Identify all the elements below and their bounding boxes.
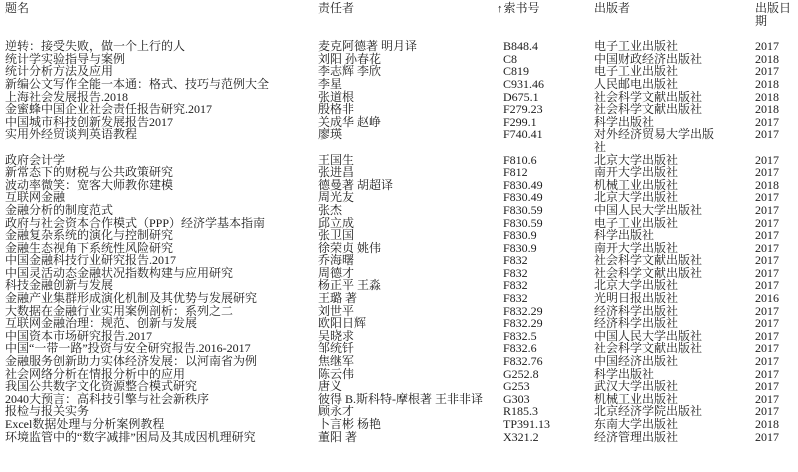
cell-call-number: B848.4 bbox=[497, 40, 594, 53]
cell-author: 麦克阿德著 明月译 bbox=[318, 40, 497, 53]
cell-pub-date: 2017 bbox=[755, 355, 798, 368]
column-header-author[interactable]: 责任者 bbox=[318, 2, 497, 15]
cell-title: 金融复杂系统的演化与控制研究 bbox=[5, 229, 318, 242]
table-row: 中国金融科技行业研究报告.2017乔海曙F832社会科学文献出版社2017 bbox=[5, 254, 798, 267]
table-row: 实用外经贸谈判英语教程廖瑛F740.41对外经济贸易大学出版社2017 bbox=[5, 128, 798, 153]
cell-author: 李星 bbox=[318, 78, 497, 91]
cell-call-number: TP391.13 bbox=[497, 418, 594, 431]
table-row: 金融服务创新助力实体经济发展：以河南省为例焦继军F832.76中国经济出版社20… bbox=[5, 355, 798, 368]
cell-author: 唐义 bbox=[318, 380, 497, 393]
cell-publisher: 光明日报出版社 bbox=[594, 292, 755, 305]
cell-pub-date: 2018 bbox=[755, 78, 798, 91]
table-row: 中国灵活动态金融状况指数构建与应用研究周德才F832社会科学文献出版社2017 bbox=[5, 267, 798, 280]
cell-publisher: 人民邮电出版社 bbox=[594, 78, 755, 91]
cell-title: 金蜜蜂中国企业社会责任报告研究.2017 bbox=[5, 103, 318, 116]
table-header-row: 题名 责任者 ↑索书号 出版者 出版日期 bbox=[5, 2, 798, 27]
cell-author: 欧阳日辉 bbox=[318, 317, 497, 330]
cell-author: 焦继军 bbox=[318, 355, 497, 368]
cell-call-number: F830.9 bbox=[497, 229, 594, 242]
cell-pub-date: 2017 bbox=[755, 40, 798, 53]
cell-call-number: X321.2 bbox=[497, 431, 594, 444]
table-row: 互联网金融治理：规范、创新与发展欧阳日辉F832.29经济科学出版社2017 bbox=[5, 317, 798, 330]
cell-author: 李志辉 李欣 bbox=[318, 65, 497, 78]
column-header-call-number-label: 索书号 bbox=[504, 1, 540, 15]
cell-author: 张卫国 bbox=[318, 229, 497, 242]
cell-call-number: F832 bbox=[497, 254, 594, 267]
cell-call-number: F740.41 bbox=[497, 128, 594, 141]
table-row: 金蜜蜂中国企业社会责任报告研究.2017殷格非F279.23社会科学文献出版社2… bbox=[5, 103, 798, 116]
cell-call-number: F832 bbox=[497, 292, 594, 305]
table-row: Excel数据处理与分析案例教程卜言彬 杨艳TP391.13东南大学出版社201… bbox=[5, 418, 798, 431]
table-row: 新常态下的财税与公共政策研究张进昌F812南开大学出版社2017 bbox=[5, 166, 798, 179]
cell-call-number: G253 bbox=[497, 380, 594, 393]
sort-ascending-icon: ↑ bbox=[497, 3, 503, 16]
catalog-results-table: 题名 责任者 ↑索书号 出版者 出版日期 逆转：接受失败，做一个上行的人麦克阿德… bbox=[0, 0, 798, 443]
column-header-call-number[interactable]: ↑索书号 bbox=[497, 2, 594, 16]
cell-publisher: 中国经济出版社 bbox=[594, 355, 755, 368]
cell-publisher: 社会科学文献出版社 bbox=[594, 103, 755, 116]
cell-call-number: C931.46 bbox=[497, 78, 594, 91]
table-row: 波动率微笑：宽客大师教你建模德曼著 胡超译F830.49机械工业出版社2018 bbox=[5, 179, 798, 192]
cell-publisher: 电子工业出版社 bbox=[594, 40, 755, 53]
cell-pub-date: 2017 bbox=[755, 166, 798, 179]
cell-title: Excel数据处理与分析案例教程 bbox=[5, 418, 318, 431]
cell-author: 殷格非 bbox=[318, 103, 497, 116]
cell-title: 逆转：接受失败，做一个上行的人 bbox=[5, 40, 318, 53]
cell-call-number: F812 bbox=[497, 166, 594, 179]
column-header-pub-date[interactable]: 出版日期 bbox=[755, 2, 798, 27]
cell-author: 陈云伟 bbox=[318, 368, 497, 381]
cell-author: 廖瑛 bbox=[318, 128, 497, 141]
cell-publisher: 经济科学出版社 bbox=[594, 317, 755, 330]
cell-publisher: 东南大学出版社 bbox=[594, 418, 755, 431]
cell-title: 我国公共数字文化资源整合模式研究 bbox=[5, 380, 318, 393]
cell-pub-date: 2018 bbox=[755, 418, 798, 431]
cell-publisher: 对外经济贸易大学出版社 bbox=[594, 128, 755, 153]
table-row: 统计学实验指导与案例刘阳 孙春花C8中国财政经济出版社2018 bbox=[5, 53, 798, 66]
cell-title: 金融分析的制度范式 bbox=[5, 204, 318, 217]
cell-author: 乔海曙 bbox=[318, 254, 497, 267]
cell-pub-date: 2018 bbox=[755, 103, 798, 116]
cell-pub-date: 2017 bbox=[755, 317, 798, 330]
cell-title: 新常态下的财税与公共政策研究 bbox=[5, 166, 318, 179]
cell-call-number: F279.23 bbox=[497, 103, 594, 116]
cell-publisher: 武汉大学出版社 bbox=[594, 380, 755, 393]
cell-author: 张杰 bbox=[318, 204, 497, 217]
table-row: 金融分析的制度范式张杰F830.59中国人民大学出版社2017 bbox=[5, 204, 798, 217]
cell-call-number: F830.59 bbox=[497, 204, 594, 217]
cell-pub-date: 2017 bbox=[755, 254, 798, 267]
cell-publisher: 经济管理出版社 bbox=[594, 431, 755, 444]
cell-title: 环境监管中的“数字减排”困局及其成因机理研究 bbox=[5, 431, 318, 444]
cell-pub-date: 2017 bbox=[755, 229, 798, 242]
cell-pub-date: 2017 bbox=[755, 204, 798, 217]
cell-author: 张进昌 bbox=[318, 166, 497, 179]
cell-pub-date: 2017 bbox=[755, 380, 798, 393]
cell-pub-date: 2016 bbox=[755, 292, 798, 305]
cell-title: 实用外经贸谈判英语教程 bbox=[5, 128, 318, 141]
column-header-publisher[interactable]: 出版者 bbox=[594, 2, 755, 15]
cell-pub-date: 2017 bbox=[755, 431, 798, 444]
table-row: 金融产业集群形成演化机制及其优势与发展研究王璐 著F832光明日报出版社2016 bbox=[5, 292, 798, 305]
cell-author: 关成华 赵峥 bbox=[318, 116, 497, 129]
cell-title: 金融服务创新助力实体经济发展：以河南省为例 bbox=[5, 355, 318, 368]
cell-author: 董阳 著 bbox=[318, 431, 497, 444]
cell-publisher: 科学出版社 bbox=[594, 229, 755, 242]
cell-call-number: F832.76 bbox=[497, 355, 594, 368]
table-row: 金融复杂系统的演化与控制研究张卫国F830.9科学出版社2017 bbox=[5, 229, 798, 242]
table-row: 新编公文写作全能一本通：格式、技巧与范例大全李星C931.46人民邮电出版社20… bbox=[5, 78, 798, 91]
table-row: 我国公共数字文化资源整合模式研究唐义G253武汉大学出版社2017 bbox=[5, 380, 798, 393]
cell-title: 互联网金融治理：规范、创新与发展 bbox=[5, 317, 318, 330]
cell-title: 金融产业集群形成演化机制及其优势与发展研究 bbox=[5, 292, 318, 305]
cell-title: 新编公文写作全能一本通：格式、技巧与范例大全 bbox=[5, 78, 318, 91]
column-header-title[interactable]: 题名 bbox=[5, 2, 318, 15]
table-row: 逆转：接受失败，做一个上行的人麦克阿德著 明月译B848.4电子工业出版社201… bbox=[5, 40, 798, 53]
cell-author: 卜言彬 杨艳 bbox=[318, 418, 497, 431]
cell-call-number: F832.29 bbox=[497, 317, 594, 330]
cell-author: 周光友 bbox=[318, 191, 497, 204]
table-body: 逆转：接受失败，做一个上行的人麦克阿德著 明月译B848.4电子工业出版社201… bbox=[5, 40, 798, 443]
cell-title: 中国金融科技行业研究报告.2017 bbox=[5, 254, 318, 267]
cell-publisher: 社会科学文献出版社 bbox=[594, 254, 755, 267]
cell-pub-date: 2017 bbox=[755, 128, 798, 141]
cell-publisher: 南开大学出版社 bbox=[594, 166, 755, 179]
cell-publisher: 中国人民大学出版社 bbox=[594, 204, 755, 217]
cell-author: 王璐 著 bbox=[318, 292, 497, 305]
table-row: 环境监管中的“数字减排”困局及其成因机理研究董阳 著X321.2经济管理出版社2… bbox=[5, 431, 798, 444]
